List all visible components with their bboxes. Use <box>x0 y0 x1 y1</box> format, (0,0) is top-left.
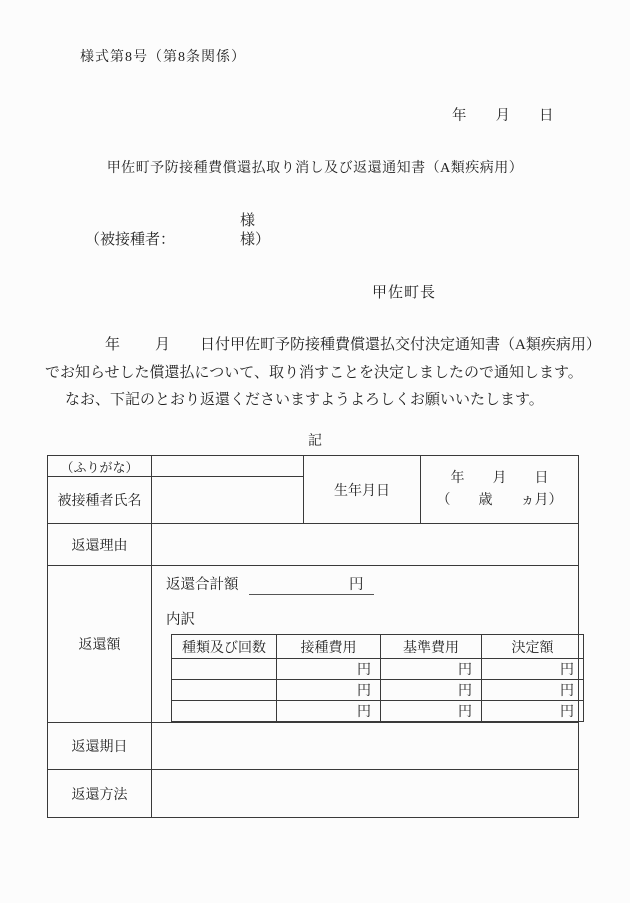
body-line-1-text: 日付甲佐町予防接種費償還払交付決定通知書（A類疾病用） <box>200 337 601 353</box>
form-number: 様式第8号（第8条関係） <box>80 46 246 66</box>
birthdate-label: 生年月日 <box>304 456 421 524</box>
breakdown-table: 種類及び回数 接種費用 基準費用 決定額 円 円 円 <box>171 634 584 722</box>
addressee-vaccinee-label: （被接種者： <box>85 228 175 249</box>
sender-mayor: 甲佐町長 <box>372 281 436 302</box>
total-amount-label: 返還合計額 <box>166 577 239 593</box>
breakdown-cost-unit: 円 <box>277 659 381 680</box>
issue-date-line: 年 月 日 <box>452 104 554 125</box>
body-line-1: 年月日付甲佐町予防接種費償還払交付決定通知書（A類疾病用） <box>45 332 593 360</box>
document-page: 様式第8号（第8条関係） 年 月 日 甲佐町予防接種費償還払取り消し及び返還通知… <box>0 0 630 903</box>
breakdown-decided-unit: 円 <box>482 659 584 680</box>
ki-heading: 記 <box>0 430 630 450</box>
addressee-honorific: 様 <box>240 209 255 230</box>
return-due-date-label: 返還期日 <box>48 723 152 770</box>
total-amount-line: 返還合計額円 <box>166 573 578 595</box>
return-method-entry-field <box>152 770 579 818</box>
return-due-date-entry-field <box>152 723 579 770</box>
birthdate-age: （ 歳 ヵ月） <box>421 490 578 512</box>
breakdown-type-field <box>172 659 277 680</box>
total-amount-entry-field: 円 <box>249 573 374 595</box>
breakdown-header-standard-cost: 基準費用 <box>381 635 482 659</box>
return-reason-label: 返還理由 <box>48 524 152 566</box>
return-method-label: 返還方法 <box>48 770 152 818</box>
body-line-3: なお、下記のとおり返還くださいますようよろしくお願いいたします。 <box>45 387 593 415</box>
return-reason-entry-field <box>152 524 579 566</box>
breakdown-header-decided-amount: 決定額 <box>482 635 584 659</box>
total-amount-unit: 円 <box>349 577 364 593</box>
document-title: 甲佐町予防接種費償還払取り消し及び返還通知書（A類疾病用） <box>0 157 630 177</box>
breakdown-cost-unit: 円 <box>277 701 381 722</box>
furigana-label: （ふりがな） <box>48 456 152 477</box>
body-year: 年 <box>105 337 120 353</box>
breakdown-header-type: 種類及び回数 <box>172 635 277 659</box>
breakdown-type-field <box>172 701 277 722</box>
return-detail-table: （ふりがな） 生年月日 年 月 日 （ 歳 ヵ月） 被接種者氏名 返還理由 返還… <box>47 455 579 818</box>
body-paragraph: 年月日付甲佐町予防接種費償還払交付決定通知書（A類疾病用） でお知らせした償還払… <box>45 332 593 415</box>
return-amount-content: 返還合計額円 内訳 種類及び回数 接種費用 基準費用 決定額 <box>152 566 579 723</box>
breakdown-header-vaccination-cost: 接種費用 <box>277 635 381 659</box>
breakdown-row: 円 円 円 <box>172 659 584 680</box>
breakdown-label: 内訳 <box>166 608 578 629</box>
breakdown-cost-unit: 円 <box>277 680 381 701</box>
breakdown-type-field <box>172 680 277 701</box>
vaccinee-name-entry-field <box>152 477 304 524</box>
body-line-2: でお知らせした償還払について、取り消すことを決定しましたので通知します。 <box>45 360 593 388</box>
breakdown-row: 円 円 円 <box>172 701 584 722</box>
breakdown-standard-unit: 円 <box>381 701 482 722</box>
breakdown-decided-unit: 円 <box>482 680 584 701</box>
breakdown-standard-unit: 円 <box>381 680 482 701</box>
birthdate-entry-field: 年 月 日 （ 歳 ヵ月） <box>421 456 579 524</box>
breakdown-row: 円 円 円 <box>172 680 584 701</box>
addressee-vaccinee-honorific: 様） <box>240 228 270 249</box>
furigana-entry-field <box>152 456 304 477</box>
birthdate-ymd: 年 月 日 <box>421 468 578 490</box>
breakdown-standard-unit: 円 <box>381 659 482 680</box>
breakdown-decided-unit: 円 <box>482 701 584 722</box>
vaccinee-name-label: 被接種者氏名 <box>48 477 152 524</box>
body-month: 月 <box>155 337 170 353</box>
return-amount-label: 返還額 <box>48 566 152 723</box>
